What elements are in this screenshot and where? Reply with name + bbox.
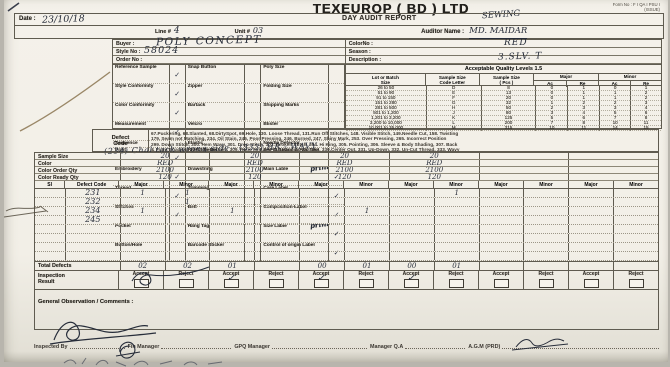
info-label: Description : [346,56,381,63]
checklist-checkbox [244,103,260,121]
signature-label: GPQ Manager [234,344,270,350]
defect-rows: 231 1 1 1 232 [35,189,658,261]
signature-label: A.G.M (PRD) [468,344,500,350]
defect-row: 234 1 1 1 [35,207,658,216]
date-label: Date : [15,14,36,25]
inspection-label: Inspection Result [35,271,118,289]
checklist-row: Reference Sample ✓ Snap Button Poly Size [113,65,344,84]
inspection-row: Inspection Result Accept Reject [35,270,658,289]
reject-checkbox [449,279,464,288]
accept-cell: Accept [568,271,613,289]
check-mark: ✓ [174,90,180,98]
reject-checkbox [539,279,554,288]
checklist-checkbox: ✓ [169,103,185,121]
check-mark: ✓ [174,71,180,79]
checklist: Reference Sample ✓ Snap Button Poly Size… [112,64,345,129]
aql-header: Lot or BatchSize Sample SizeCode Letter … [346,74,661,86]
audit-form-paper: TEXEUROP ( BD ) LTD Form No : F I QA I P… [4,0,668,362]
handwritten-note: print [310,224,328,229]
scanned-page: TEXEUROP ( BD ) LTD Form No : F I QA I P… [0,0,670,367]
inspection-blocks: Accept Reject Accept [118,271,658,289]
accept-cell: Accept ✓ [208,271,253,289]
form-number: Form No : F I QA I PSU I (ISSUE) [613,2,660,12]
checklist-row: Color Conformity ✓ Bartack Shipping Mark… [113,103,344,122]
corner-pen-mark [8,3,19,11]
checklist-item-label: Style Conformity [113,84,169,102]
defect-row [35,243,658,252]
info-label: Season : [346,48,371,55]
reject-checkbox [629,279,644,288]
checklist-checkbox [244,65,260,83]
reject-checkbox [179,279,194,288]
info-label: Buyer : [113,40,134,47]
defect-info-row: Color Ready Qty 120 120 120 120 [35,174,658,181]
color-no-value: RED [504,38,528,48]
defect-row [35,234,658,243]
signature-strip: Inspected By Fin Manager GPQ Manager Man… [34,344,662,350]
checklist-item-label: Zipper [185,84,245,102]
accept-mark: ✓ [389,273,433,284]
reject-cell: Reject [433,271,478,289]
aql-title: Acceptable Quality Levels 1.5 [346,65,661,74]
major-minor-headers: MajorMinor MajorMinor MajorMinor MajorMi… [118,181,658,188]
reject-cell: Reject [253,271,298,289]
totals-row: Total Defects 02 02 01 00 01 00 01 [35,261,658,270]
defect-row: 232 1 [35,198,658,207]
accept-cell: Accept ✓ [388,271,433,289]
accept-mark: ✓ [209,273,253,284]
reject-checkbox [359,279,374,288]
accept-cell: Accept [478,271,523,289]
signature-label: Inspected By [34,344,68,350]
defect-info-rows: Sample Size 20 20 20 20 Color RED RED RE… [35,153,658,181]
header-band: Date : 23/10/18 Line # 4 Unit # 03 Audit… [14,13,664,39]
checklist-checkbox [244,84,260,102]
reject-cell: Reject [343,271,388,289]
reject-cell: Reject [523,271,568,289]
inspection-block: Accept Reject [478,271,568,289]
defect-row [35,225,658,234]
info-label: ColorNo : [346,40,373,47]
defect-info-row: Sample Size 20 20 20 20 [35,153,658,160]
aql-table: Acceptable Quality Levels 1.5 Lot or Bat… [345,64,662,129]
signature-label: Fin Manager [128,344,160,350]
accept-checkbox [584,279,599,288]
aql-rows: 26 to 50 D 8 0 1 0 1 51 to 90 E 13 0 1 1… [346,86,661,131]
style-no-value: 58024 [144,45,179,56]
defect-row [35,252,658,261]
checklist-checkbox [328,84,344,102]
checklist-item-label: Reference Sample [113,65,169,83]
checklist-checkbox [328,65,344,83]
bottom-cutoff-writing [64,358,222,366]
signature-label: Manager Q.A [370,344,403,350]
accept-cell: Accept ✓ [298,271,343,289]
comments-header: General Observation / Comments : [35,289,658,299]
defect-info-row: Color Order Qty 2100 2100 2100 2100 [35,167,658,174]
defect-table: Sample Size 20 20 20 20 Color RED RED RE… [34,152,659,330]
inspection-block: Accept Reject [568,271,658,289]
inspection-block: Accept Reject [118,271,208,289]
checklist-row: Style Conformity ✓ Zipper Folding Size [113,84,344,103]
accept-checkbox [134,279,149,288]
defect-row: 231 1 1 1 [35,189,658,198]
checklist-checkbox [328,103,344,121]
date-value: 23/10/18 [41,13,84,25]
defect-info-row: Color RED RED RED RED [35,160,658,167]
checklist-item-label: Bartack [185,103,245,121]
inspection-block: Accept ✓ Reject [298,271,388,289]
check-mark: ✓ [174,109,180,117]
checklist-item-label: Snap Button [185,65,245,83]
defect-row: 245 [35,216,658,225]
accept-cell: Accept [118,271,163,289]
checklist-item-label: Folding Size [260,84,328,102]
stray-pen-stroke [20,72,110,131]
defect-table-header: Sl Defect Code MajorMinor MajorMinor Maj… [35,181,658,189]
checklist-checkbox: ✓ [169,65,185,83]
inspection-block: Accept ✓ Reject [208,271,298,289]
reject-cell: Reject [613,271,658,289]
info-label: Order No : [113,56,142,63]
info-label: Style No : [113,48,140,55]
checklist-item-label: Shipping Marks [260,103,328,121]
checklist-item-label: Poly Size [260,65,328,83]
inspection-block: Accept ✓ Reject [388,271,478,289]
reject-checkbox [269,279,284,288]
description-value: 3.SLV. T [498,51,543,63]
handwritten-note: print [310,167,328,172]
checklist-checkbox: ✓ [169,84,185,102]
reject-cell: Reject [163,271,208,289]
accept-checkbox [494,279,509,288]
checklist-item-label: Color Conformity [113,103,169,121]
auditor-label: Auditor Name : [421,29,464,39]
accept-mark: ✓ [299,273,343,284]
